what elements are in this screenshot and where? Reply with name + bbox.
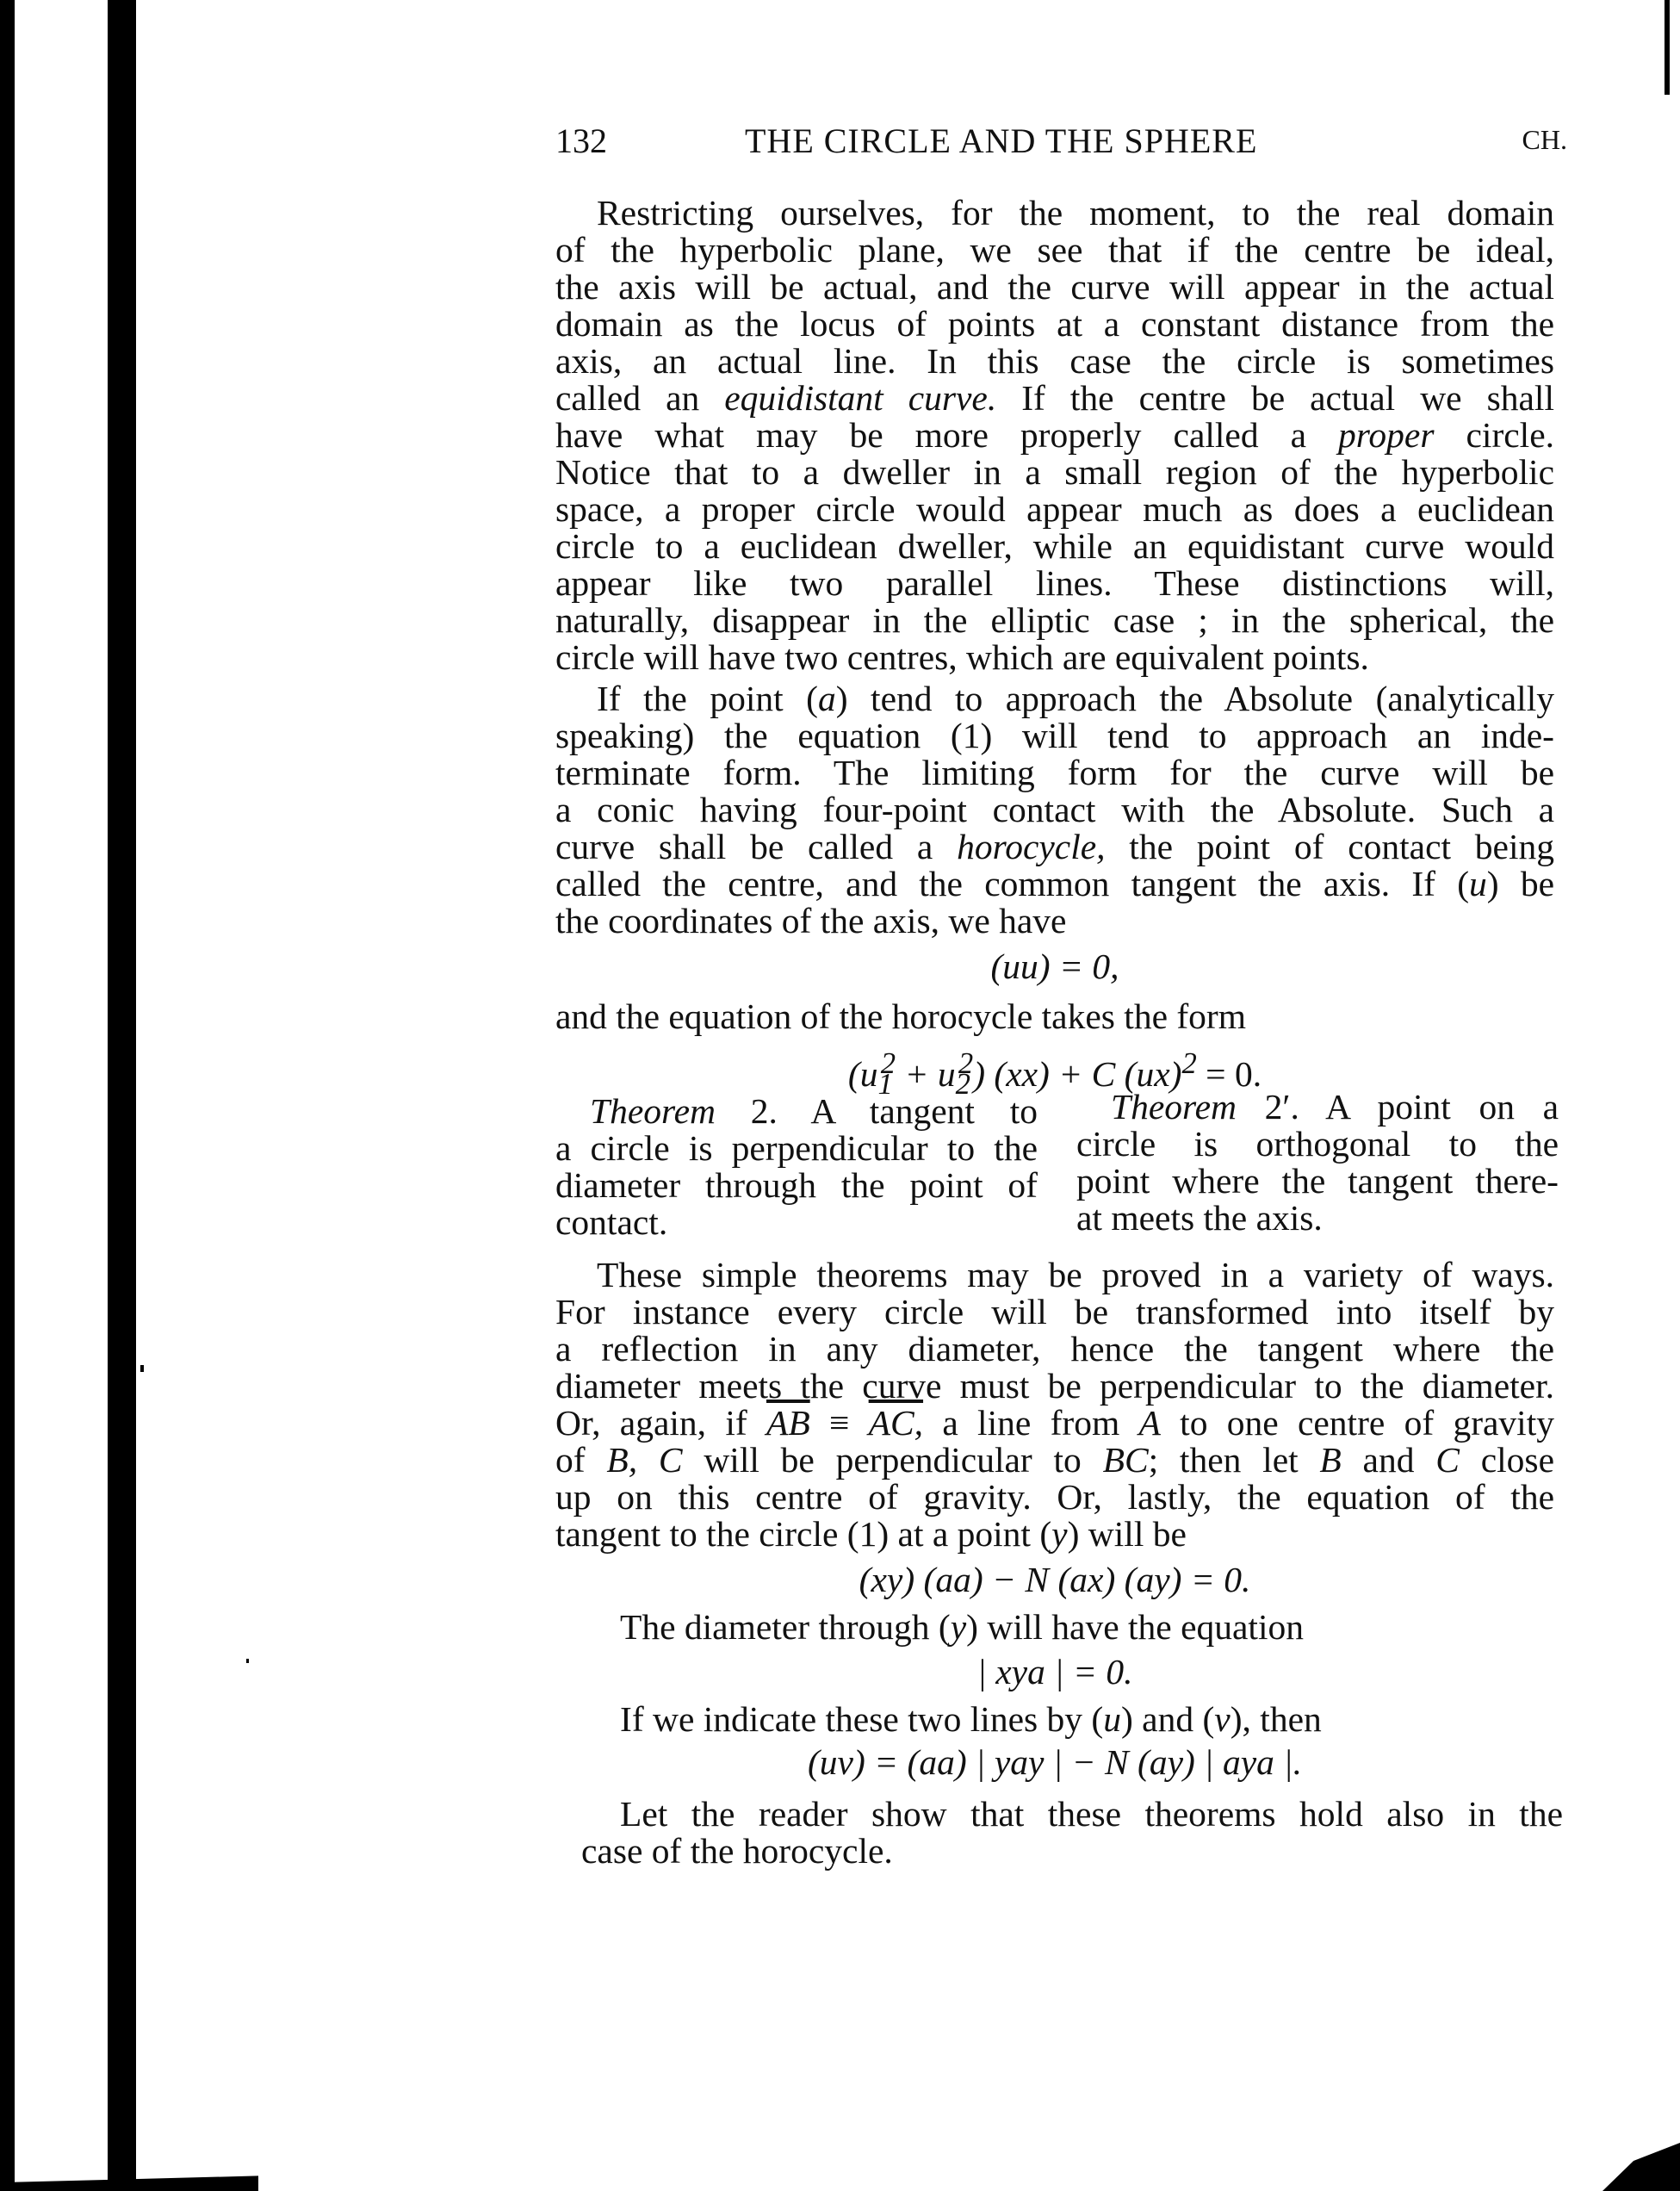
text-line: Let the reader show that these theorems … [620, 1795, 1563, 1833]
text-run: to one centre of gravity [1161, 1403, 1554, 1443]
text-line: axis, an actual line. In this case the c… [555, 342, 1554, 380]
equation-tangent: (xy) (aa) − N (ax) (ay) = 0. [555, 1561, 1554, 1598]
text-line: For instance every circle will be transf… [555, 1293, 1554, 1331]
text-line: Or, again, if AB ≡ AC, a line from A to … [555, 1404, 1554, 1442]
text-line: diameter through the point of [555, 1166, 1038, 1204]
text-line: appear like two parallel lines. These di… [555, 564, 1554, 602]
scan-speck [246, 1659, 249, 1663]
equation-diameter: | xya | = 0. [555, 1653, 1554, 1691]
text-run: ), then [1231, 1699, 1322, 1739]
text-line: a reflection in any diameter, hence the … [555, 1330, 1554, 1368]
math-var: C [1435, 1440, 1460, 1480]
math-var: y [951, 1607, 966, 1647]
text-run: ) will have the equation [966, 1607, 1304, 1647]
scan-edge-mark [1665, 0, 1670, 95]
text-line: The diameter through (y) will have the e… [620, 1608, 1578, 1646]
text-run: 2′. A point on a [1237, 1087, 1559, 1127]
text-line: called the centre, and the common tangen… [555, 865, 1554, 903]
text-run: tangent to the circle (1) at a point ( [555, 1514, 1051, 1554]
text-run: will be perpendicular to [683, 1440, 1103, 1480]
eq-part: (u [848, 1054, 878, 1094]
eq-sup: 2 [958, 1047, 973, 1080]
text-run: ≡ [810, 1403, 869, 1443]
emphasis-term: horocycle, [957, 827, 1105, 866]
text-line: called an equidistant curve. If the cent… [555, 379, 1554, 417]
text-run: circle. [1434, 415, 1554, 455]
text-line: and the equation of the horocycle takes … [555, 997, 1554, 1035]
math-var: u [1469, 864, 1487, 903]
text-line: up on this centre of gravity. Or, lastly… [555, 1478, 1554, 1516]
text-line: naturally, disappear in the elliptic cas… [555, 601, 1554, 639]
running-title: THE CIRCLE AND THE SPHERE [745, 121, 1257, 161]
math-var: B, C [606, 1440, 682, 1480]
text-line: These simple theorems may be proved in a… [597, 1256, 1554, 1294]
text-line: Theorem 2. A tangent to [590, 1092, 1038, 1130]
math-var: a [818, 679, 836, 718]
text-line: Theorem 2′. A point on a [1111, 1088, 1559, 1126]
text-line: at meets the axis. [1076, 1199, 1559, 1237]
scan-speck [140, 1365, 144, 1372]
text-line: a circle is perpendicular to the [555, 1129, 1038, 1167]
text-run: ; then let [1149, 1440, 1320, 1480]
theorem-label: Theorem [1111, 1087, 1237, 1127]
text-line: of B, C will be perpendicular to BC; the… [555, 1441, 1554, 1479]
math-var: u [1103, 1699, 1121, 1739]
text-line: curve shall be called a horocycle, the p… [555, 828, 1554, 866]
math-var: v [1214, 1699, 1230, 1739]
text-run: ) be [1487, 864, 1554, 903]
text-run: and [1342, 1440, 1435, 1480]
equation: (uu) = 0, [555, 947, 1554, 985]
emphasis-term: proper [1338, 415, 1434, 455]
text-run: curve shall be called a [555, 827, 957, 866]
text-line: contact. [555, 1203, 1038, 1241]
text-run: Or, again, if [555, 1403, 766, 1443]
text-line: circle to a euclidean dweller, while an … [555, 527, 1554, 565]
text-line: Notice that to a dweller in a small regi… [555, 453, 1554, 491]
text-run: the point of contact being [1106, 827, 1554, 866]
text-run: The diameter through ( [620, 1607, 951, 1647]
text-run: ) tend to approach the Absolute (analyti… [836, 679, 1554, 718]
text-run: ) and ( [1121, 1699, 1214, 1739]
math-var: BC [1103, 1440, 1149, 1480]
text-run: called the centre, and the common tangen… [555, 864, 1469, 903]
text-line: have what may be more properly called a … [555, 416, 1554, 454]
text-run: If the point ( [597, 679, 818, 718]
running-header: 132 THE CIRCLE AND THE SPHERE CH. [555, 121, 1563, 164]
scan-binding-shadow [108, 0, 136, 2191]
eq-sup: 2 [881, 1047, 896, 1080]
text-run: 2. A tangent to [716, 1091, 1038, 1131]
equation-uv: (uv) = (aa) | yay | − N (ay) | aya |. [555, 1743, 1554, 1781]
scan-edge-left [0, 0, 15, 2191]
text-line: If we indicate these two lines by (u) an… [620, 1700, 1578, 1738]
math-segment: AB [766, 1403, 810, 1443]
text-line: space, a proper circle would appear much… [555, 490, 1554, 528]
text-line: circle is orthogonal to the [1076, 1125, 1559, 1163]
theorem-label: Theorem [590, 1091, 716, 1131]
text-line: of the hyperbolic plane, we see that if … [555, 231, 1554, 269]
math-var: y [1051, 1514, 1067, 1554]
math-segment: AC, [869, 1403, 923, 1443]
text-line: domain as the locus of points at a const… [555, 305, 1554, 343]
text-run: of [555, 1440, 606, 1480]
page-number: 132 [555, 121, 607, 161]
text-line: speaking) the equation (1) will tend to … [555, 717, 1554, 754]
text-line: circle will have two centres, which are … [555, 638, 1554, 676]
math-var: A [1139, 1403, 1161, 1443]
text-run: ) will be [1068, 1514, 1187, 1554]
text-line: case of the horocycle. [581, 1832, 1580, 1870]
text-run: If we indicate these two lines by ( [620, 1699, 1103, 1739]
text-line: point where the tangent there- [1076, 1162, 1559, 1200]
text-line: Restricting ourselves, for the moment, t… [597, 194, 1554, 232]
emphasis-term: equidistant curve. [724, 378, 996, 418]
chapter-mark: CH. [1522, 124, 1567, 156]
text-line: terminate form. The limiting form for th… [555, 754, 1554, 791]
text-line: If the point (a) tend to approach the Ab… [597, 680, 1554, 717]
text-run: called an [555, 378, 724, 418]
text-run: have what may be more properly called a [555, 415, 1338, 455]
text-line: a conic having four-point contact with t… [555, 791, 1554, 829]
text-run: If the centre be actual we shall [996, 378, 1554, 418]
text-line: the axis will be actual, and the curve w… [555, 268, 1554, 306]
text-line: diameter meets the curve must be perpend… [555, 1367, 1554, 1405]
text-run: a line from [923, 1403, 1138, 1443]
scan-corner-shadow [1603, 2131, 1680, 2191]
eq-part: + u [896, 1054, 956, 1094]
text-run: close [1460, 1440, 1554, 1480]
math-var: B [1319, 1440, 1341, 1480]
eq-sup: 2 [1182, 1047, 1197, 1080]
text-line: the coordinates of the axis, we have [555, 902, 1554, 940]
text-line: tangent to the circle (1) at a point (y)… [555, 1515, 1554, 1553]
